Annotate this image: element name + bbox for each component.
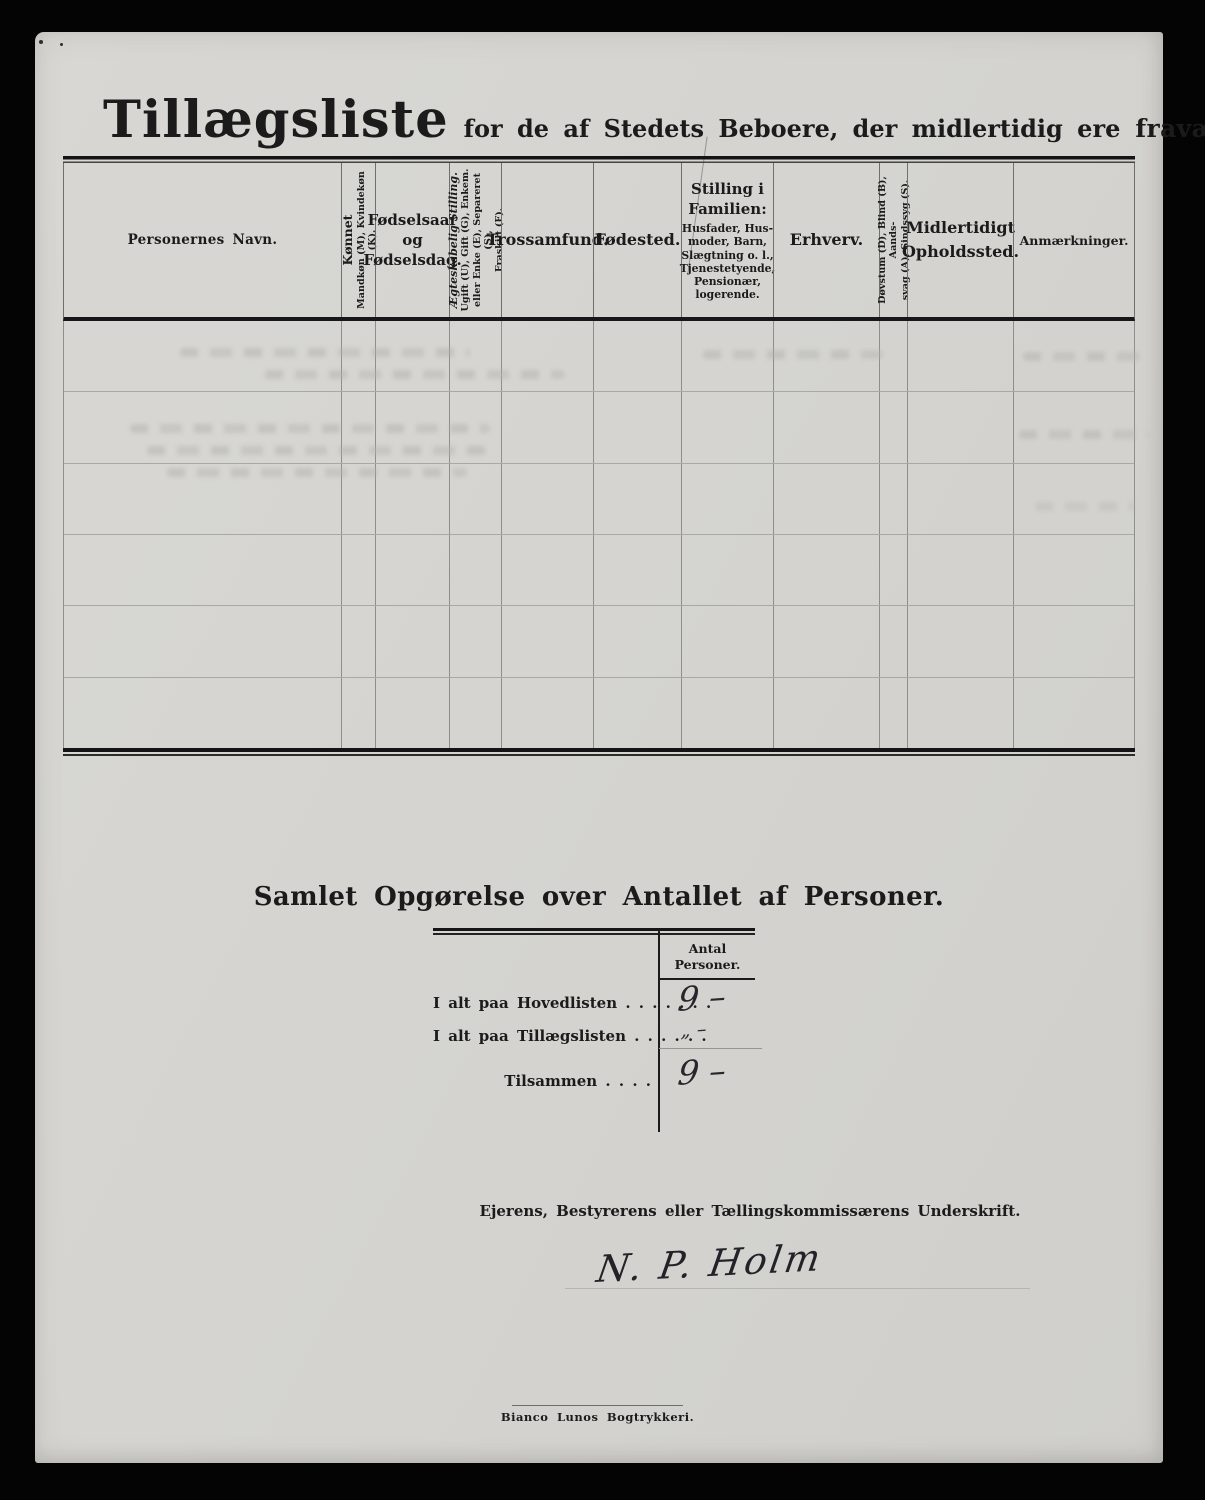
column-header-midlertidigt-opholdssted: Midlertidigt Opholdssted. xyxy=(907,163,1013,317)
table-cell xyxy=(1013,392,1134,462)
column-header-trossamfund: Trossamfund. xyxy=(501,163,593,317)
table-header: Personernes Navn. Kønnet Mandkøn (M), Kv… xyxy=(63,163,1135,321)
table-cell xyxy=(773,392,879,462)
table-cell xyxy=(501,678,593,748)
column-sublabel: Husfader, Hus- moder, Barn, Slægtning o.… xyxy=(680,222,776,301)
table-cell xyxy=(501,321,593,391)
column-label: Kønnet xyxy=(339,165,355,315)
summary-table: Antal Personer. I alt paa Hovedlisten . … xyxy=(433,928,755,1140)
table-cell xyxy=(907,464,1013,534)
table-cell xyxy=(64,678,341,748)
handwritten-count-hovedlisten: 9 – xyxy=(676,976,728,1019)
paper-speck xyxy=(39,40,43,44)
table-cell xyxy=(375,535,449,605)
table-cell xyxy=(907,606,1013,676)
table-cell xyxy=(341,678,375,748)
table-cell xyxy=(593,321,681,391)
table-cell xyxy=(593,392,681,462)
summary-row-label-tillaegslisten: I alt paa Tillægslisten . . . . . . xyxy=(433,1027,651,1045)
table-cell xyxy=(375,606,449,676)
paper-speck xyxy=(60,43,63,46)
ink-bleed-smudge xyxy=(703,350,883,359)
table-cell xyxy=(879,392,907,462)
column-header-foedested: Fødested. xyxy=(593,163,681,317)
paper-sheet: Tillægsliste for de af Stedets Beboere, … xyxy=(35,32,1163,1463)
table-cell xyxy=(341,606,375,676)
table-cell xyxy=(449,606,501,676)
summary-row-label-hovedlisten: I alt paa Hovedlisten . . . . . . . xyxy=(433,994,651,1012)
signature-caption: Ejerens, Bestyrerens eller Tællingskommi… xyxy=(350,1202,1150,1220)
column-label: Midlertidigt Opholdssted. xyxy=(902,216,1019,264)
column-header-personernes-navn: Personernes Navn. xyxy=(64,163,341,317)
ink-bleed-smudge xyxy=(180,348,470,357)
column-header-foedselsaar: Fødselsaar og Fødselsdag. xyxy=(375,163,449,317)
table-cell xyxy=(681,678,773,748)
table-cell xyxy=(1013,464,1134,534)
column-label: Anmærkninger. xyxy=(1020,233,1129,248)
summary-row-label-tilsammen: Tilsammen . . . . xyxy=(433,1072,651,1090)
table-cell xyxy=(593,535,681,605)
table-cell xyxy=(907,321,1013,391)
title-subtitle: for de af Stedets Beboere, der midlertid… xyxy=(464,114,1121,143)
summary-table-top-rule xyxy=(433,928,755,935)
ink-bleed-smudge xyxy=(1023,352,1145,361)
table-cell xyxy=(64,535,341,605)
title-main: Tillægsliste xyxy=(103,90,449,150)
ink-bleed-smudge xyxy=(1035,502,1135,511)
ink-bleed-smudge xyxy=(265,370,565,379)
ink-bleed-smudge xyxy=(1019,430,1149,439)
table-cell xyxy=(879,535,907,605)
table-cell xyxy=(1013,678,1134,748)
table-body xyxy=(63,321,1135,748)
table-cell xyxy=(501,535,593,605)
table-cell xyxy=(1013,606,1134,676)
table-cell xyxy=(773,464,879,534)
ink-bleed-smudge xyxy=(167,468,467,477)
table-cell xyxy=(879,321,907,391)
column-label: Erhverv. xyxy=(790,228,863,252)
table-cell xyxy=(879,606,907,676)
title-rule xyxy=(63,156,1135,163)
table-cell xyxy=(1013,535,1134,605)
table-cell xyxy=(907,392,1013,462)
table-cell xyxy=(501,392,593,462)
table-row xyxy=(64,678,1134,748)
table-cell xyxy=(593,678,681,748)
column-label: Personernes Navn. xyxy=(128,232,278,248)
printer-imprint: Bianco Lunos Bogtrykkeri. xyxy=(462,1410,733,1424)
column-label: Trossamfund. xyxy=(486,228,608,252)
table-cell xyxy=(879,678,907,748)
table-bottom-rule xyxy=(63,748,1135,757)
handwritten-count-tilsammen: 9 – xyxy=(676,1050,728,1093)
summary-sum-rule xyxy=(659,1048,762,1049)
table-cell xyxy=(593,464,681,534)
handwritten-count-tillaegslisten: „ – xyxy=(680,1018,708,1042)
column-header-stilling-i-familien: Stilling i Familien: Husfader, Hus- mode… xyxy=(681,163,773,317)
table-cell xyxy=(773,535,879,605)
table-cell xyxy=(681,464,773,534)
table-row xyxy=(64,535,1134,606)
table-cell xyxy=(64,606,341,676)
table-cell xyxy=(449,535,501,605)
table-cell xyxy=(593,606,681,676)
table-cell xyxy=(681,535,773,605)
table-cell xyxy=(341,535,375,605)
printer-rule xyxy=(512,1405,683,1406)
table-cell xyxy=(773,678,879,748)
table-cell xyxy=(879,464,907,534)
table-cell xyxy=(501,606,593,676)
column-label: Ægteskabelig Stilling. xyxy=(446,165,459,315)
scanned-census-form: { "title": { "main": "Tillægsliste", "mi… xyxy=(0,0,1205,1500)
table-cell xyxy=(681,392,773,462)
handwritten-signature: N. P. Holm xyxy=(507,1231,913,1295)
column-label: Fødested. xyxy=(595,228,681,252)
table-cell xyxy=(681,606,773,676)
title-subtitle-bold: fraværende. xyxy=(1135,114,1205,143)
column-label: Stilling i Familien: xyxy=(688,179,767,220)
table-cell xyxy=(773,606,879,676)
table-cell xyxy=(375,678,449,748)
page-title: Tillægsliste for de af Stedets Beboere, … xyxy=(103,90,1205,150)
column-header-erhverv: Erhverv. xyxy=(773,163,879,317)
ink-bleed-smudge xyxy=(130,424,490,433)
column-header-anmaerkninger: Anmærkninger. xyxy=(1013,163,1134,317)
ink-bleed-smudge xyxy=(147,446,487,455)
summary-heading: Samlet Opgørelse over Antallet af Person… xyxy=(35,882,1163,912)
table-cell xyxy=(449,678,501,748)
summary-count-column-header: Antal Personer. xyxy=(660,941,755,974)
table-cell xyxy=(907,678,1013,748)
table-cell xyxy=(907,535,1013,605)
table-cell xyxy=(501,464,593,534)
table-row xyxy=(64,606,1134,677)
